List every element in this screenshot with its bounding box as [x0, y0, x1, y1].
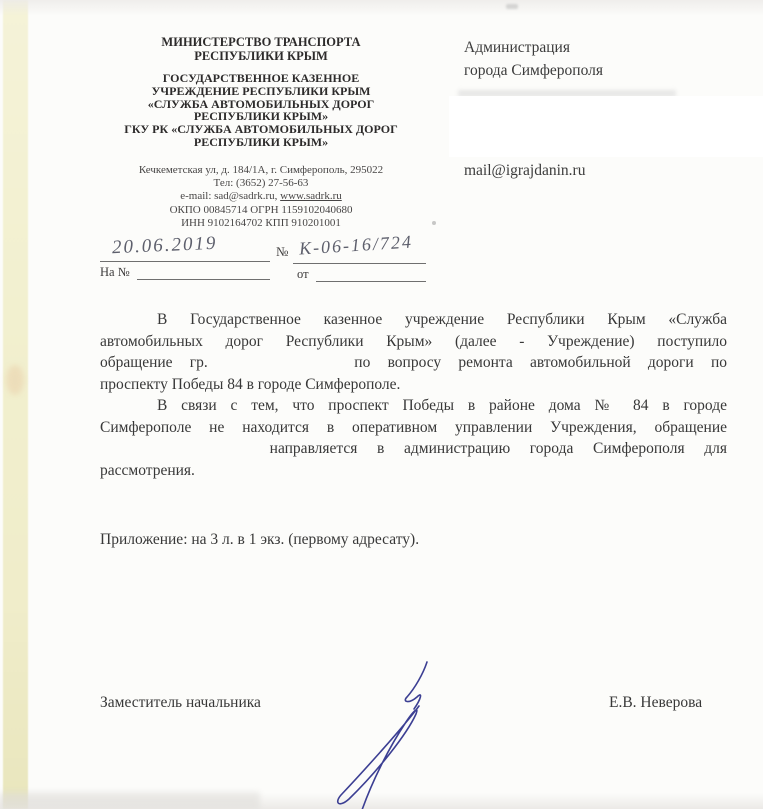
in-reply-to-label: На №: [100, 265, 130, 280]
inn-kpp-codes: ИНН 9102164702 КПП 910201001: [95, 217, 427, 230]
handwritten-outgoing-number: К-06-16/724: [298, 232, 413, 260]
recipient-block: Администрация города Симферополя: [464, 37, 603, 82]
scan-left-edge-strip: [3, 0, 28, 809]
scan-top-shadow: [0, 0, 763, 16]
scan-edge-smudge: [6, 365, 24, 395]
body-p2-line4: рассмотрения.: [100, 460, 727, 482]
website-link: www.sadrk.ru: [280, 190, 342, 202]
from-date-underline: [316, 281, 426, 282]
ministry-line-1: МИНИСТЕРСТВО ТРАНСПОРТА: [95, 36, 427, 50]
scan-speck-top-right: [506, 4, 518, 9]
redaction-gap-p2: [100, 442, 250, 458]
handwritten-signature: [324, 644, 459, 809]
recipient-email: mail@igrajdanin.ru: [464, 162, 585, 180]
ministry-line-2: РЕСПУБЛИКИ КРЫМ: [95, 50, 427, 64]
redaction-gap-p1: [225, 356, 337, 372]
org-line-1: ГОСУДАРСТВЕННОЕ КАЗЕННОЕ: [95, 72, 427, 85]
from-date-label: от: [297, 267, 309, 282]
letterhead-organization: ГОСУДАРСТВЕННОЕ КАЗЕННОЕ УЧРЕЖДЕНИЕ РЕСП…: [95, 72, 427, 149]
body-p2-line3: направляется в администрацию города Симф…: [100, 438, 727, 460]
body-p1-line3-before-redaction: обращение гр.: [100, 354, 208, 371]
redaction-box-recipient: [449, 96, 763, 157]
in-reply-to-underline: [137, 279, 270, 280]
scanned-letter-page: МИНИСТЕРСТВО ТРАНСПОРТА РЕСПУБЛИКИ КРЫМ …: [0, 0, 763, 809]
phone-number: Тел: (3652) 27-56-63: [95, 177, 427, 190]
letterhead-contacts: Кечкеметская ул, д. 184/1А, г. Симферопо…: [95, 164, 427, 230]
body-p2-line2: Симферополе не находится в оперативном у…: [100, 417, 727, 439]
handwritten-date: 20.06.2019: [112, 233, 218, 260]
postal-address: Кечкеметская ул, д. 184/1А, г. Симферопо…: [95, 164, 427, 177]
body-p1-line1: В Государственное казенное учреждение Ре…: [100, 309, 727, 331]
number-underline: [293, 263, 426, 264]
scan-speck-dot: [432, 221, 436, 225]
org-line-2: УЧРЕЖДЕНИЕ РЕСПУБЛИКИ КРЫМ: [95, 85, 427, 98]
attachment-note: Приложение: на 3 л. в 1 экз. (первому ад…: [100, 531, 419, 549]
body-p2-line3-after-redaction: направляется в администрацию города Симф…: [270, 440, 727, 457]
recipient-line-2: города Симферополя: [464, 60, 603, 83]
date-underline: [100, 261, 270, 262]
signer-position: Заместитель начальника: [100, 694, 261, 712]
scan-bottom-smudge: [0, 792, 260, 809]
email-address: e-mail: sad@sadrk.ru,: [180, 190, 277, 202]
org-line-6: РЕСПУБЛИКИ КРЫМ»: [95, 136, 427, 149]
letterhead-ministry: МИНИСТЕРСТВО ТРАНСПОРТА РЕСПУБЛИКИ КРЫМ: [95, 36, 427, 63]
signer-name: Е.В. Неверова: [609, 694, 702, 712]
okpo-ogrn-codes: ОКПО 00845714 ОГРН 1159102040680: [95, 204, 427, 217]
email-line: e-mail: sad@sadrk.ru, www.sadrk.ru: [95, 190, 427, 203]
recipient-line-1: Администрация: [464, 37, 603, 60]
body-p1-line2: автомобильных дорог Республики Крым» (да…: [100, 331, 727, 353]
number-sign-label: №: [276, 244, 288, 260]
body-p2-line1: В связи с тем, что проспект Победы в рай…: [100, 395, 727, 417]
body-p1-line3: обращение гр. по вопросу ремонта автомоб…: [100, 352, 727, 374]
body-p1-line4: проспекту Победы 84 в городе Симферополе…: [100, 374, 727, 396]
body-p1-line3-after-redaction: по вопросу ремонта автомобильной дороги …: [354, 354, 727, 371]
